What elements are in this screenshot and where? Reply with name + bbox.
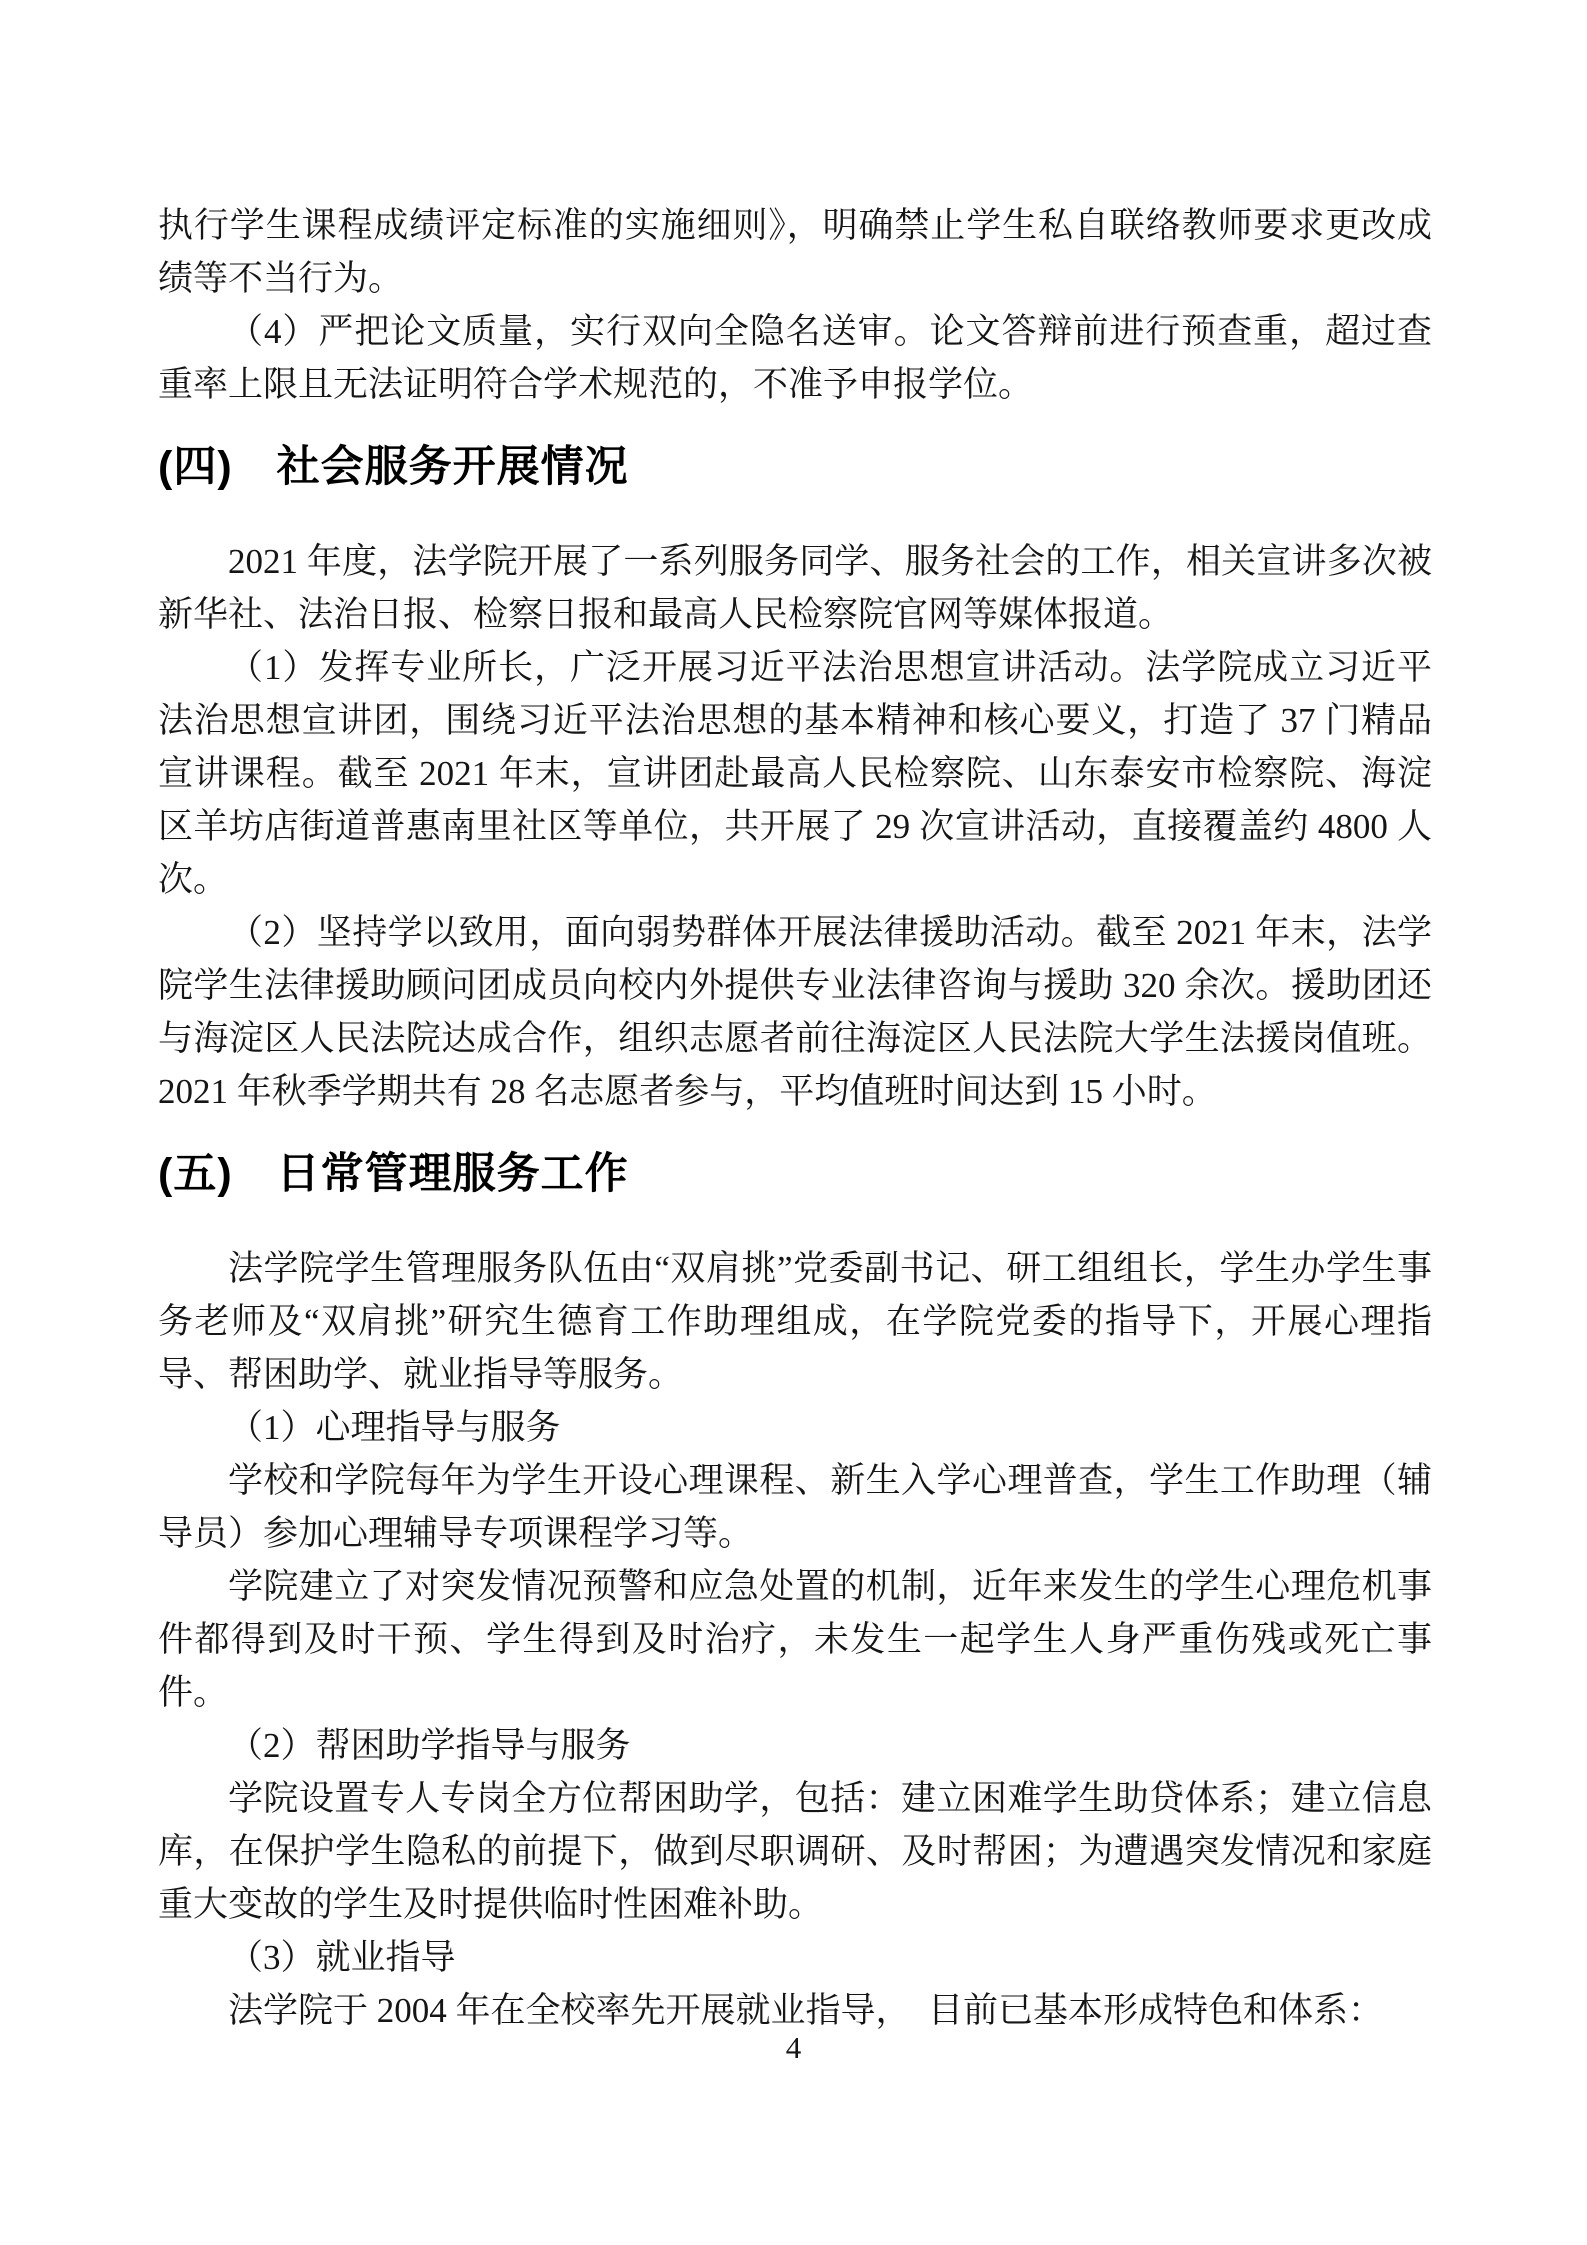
paragraph: （3）就业指导 <box>158 1931 1432 1984</box>
section-heading-daily-management: (五)日常管理服务工作 <box>158 1142 1432 1206</box>
section-title: 日常管理服务工作 <box>277 1150 629 1198</box>
paragraph: 执行学生课程成绩评定标准的实施细则》，明确禁止学生私自联络教师要求更改成绩等不当… <box>158 199 1432 305</box>
document-page: 执行学生课程成绩评定标准的实施细则》，明确禁止学生私自联络教师要求更改成绩等不当… <box>0 0 1587 2245</box>
paragraph: 学院设置专人专岗全方位帮困助学，包括：建立困难学生助贷体系；建立信息库，在保护学… <box>158 1772 1432 1931</box>
paragraph: （2）帮困助学指导与服务 <box>158 1719 1432 1772</box>
paragraph: 学校和学院每年为学生开设心理课程、新生入学心理普查，学生工作助理（辅导员）参加心… <box>158 1454 1432 1560</box>
paragraph: 法学院学生管理服务队伍由“双肩挑”党委副书记、研工组组长，学生办学生事务老师及“… <box>158 1242 1432 1401</box>
page-body: 执行学生课程成绩评定标准的实施细则》，明确禁止学生私自联络教师要求更改成绩等不当… <box>158 199 1432 2037</box>
page-number: 4 <box>0 2030 1587 2066</box>
paragraph: （2）坚持学以致用，面向弱势群体开展法律援助活动。截至 2021 年末，法学院学… <box>158 906 1432 1118</box>
paragraph: 2021 年度，法学院开展了一系列服务同学、服务社会的工作，相关宣讲多次被新华社… <box>158 535 1432 641</box>
section-number: (五) <box>158 1142 233 1206</box>
section-number: (四) <box>158 435 233 499</box>
paragraph: （1）心理指导与服务 <box>158 1401 1432 1454</box>
paragraph: （4）严把论文质量，实行双向全隐名送审。论文答辩前进行预查重，超过查重率上限且无… <box>158 305 1432 411</box>
paragraph: 学院建立了对突发情况预警和应急处置的机制，近年来发生的学生心理危机事件都得到及时… <box>158 1560 1432 1719</box>
section-heading-social-service: (四)社会服务开展情况 <box>158 435 1432 499</box>
section-title: 社会服务开展情况 <box>277 443 629 491</box>
paragraph: （1）发挥专业所长，广泛开展习近平法治思想宣讲活动。法学院成立习近平法治思想宣讲… <box>158 641 1432 906</box>
